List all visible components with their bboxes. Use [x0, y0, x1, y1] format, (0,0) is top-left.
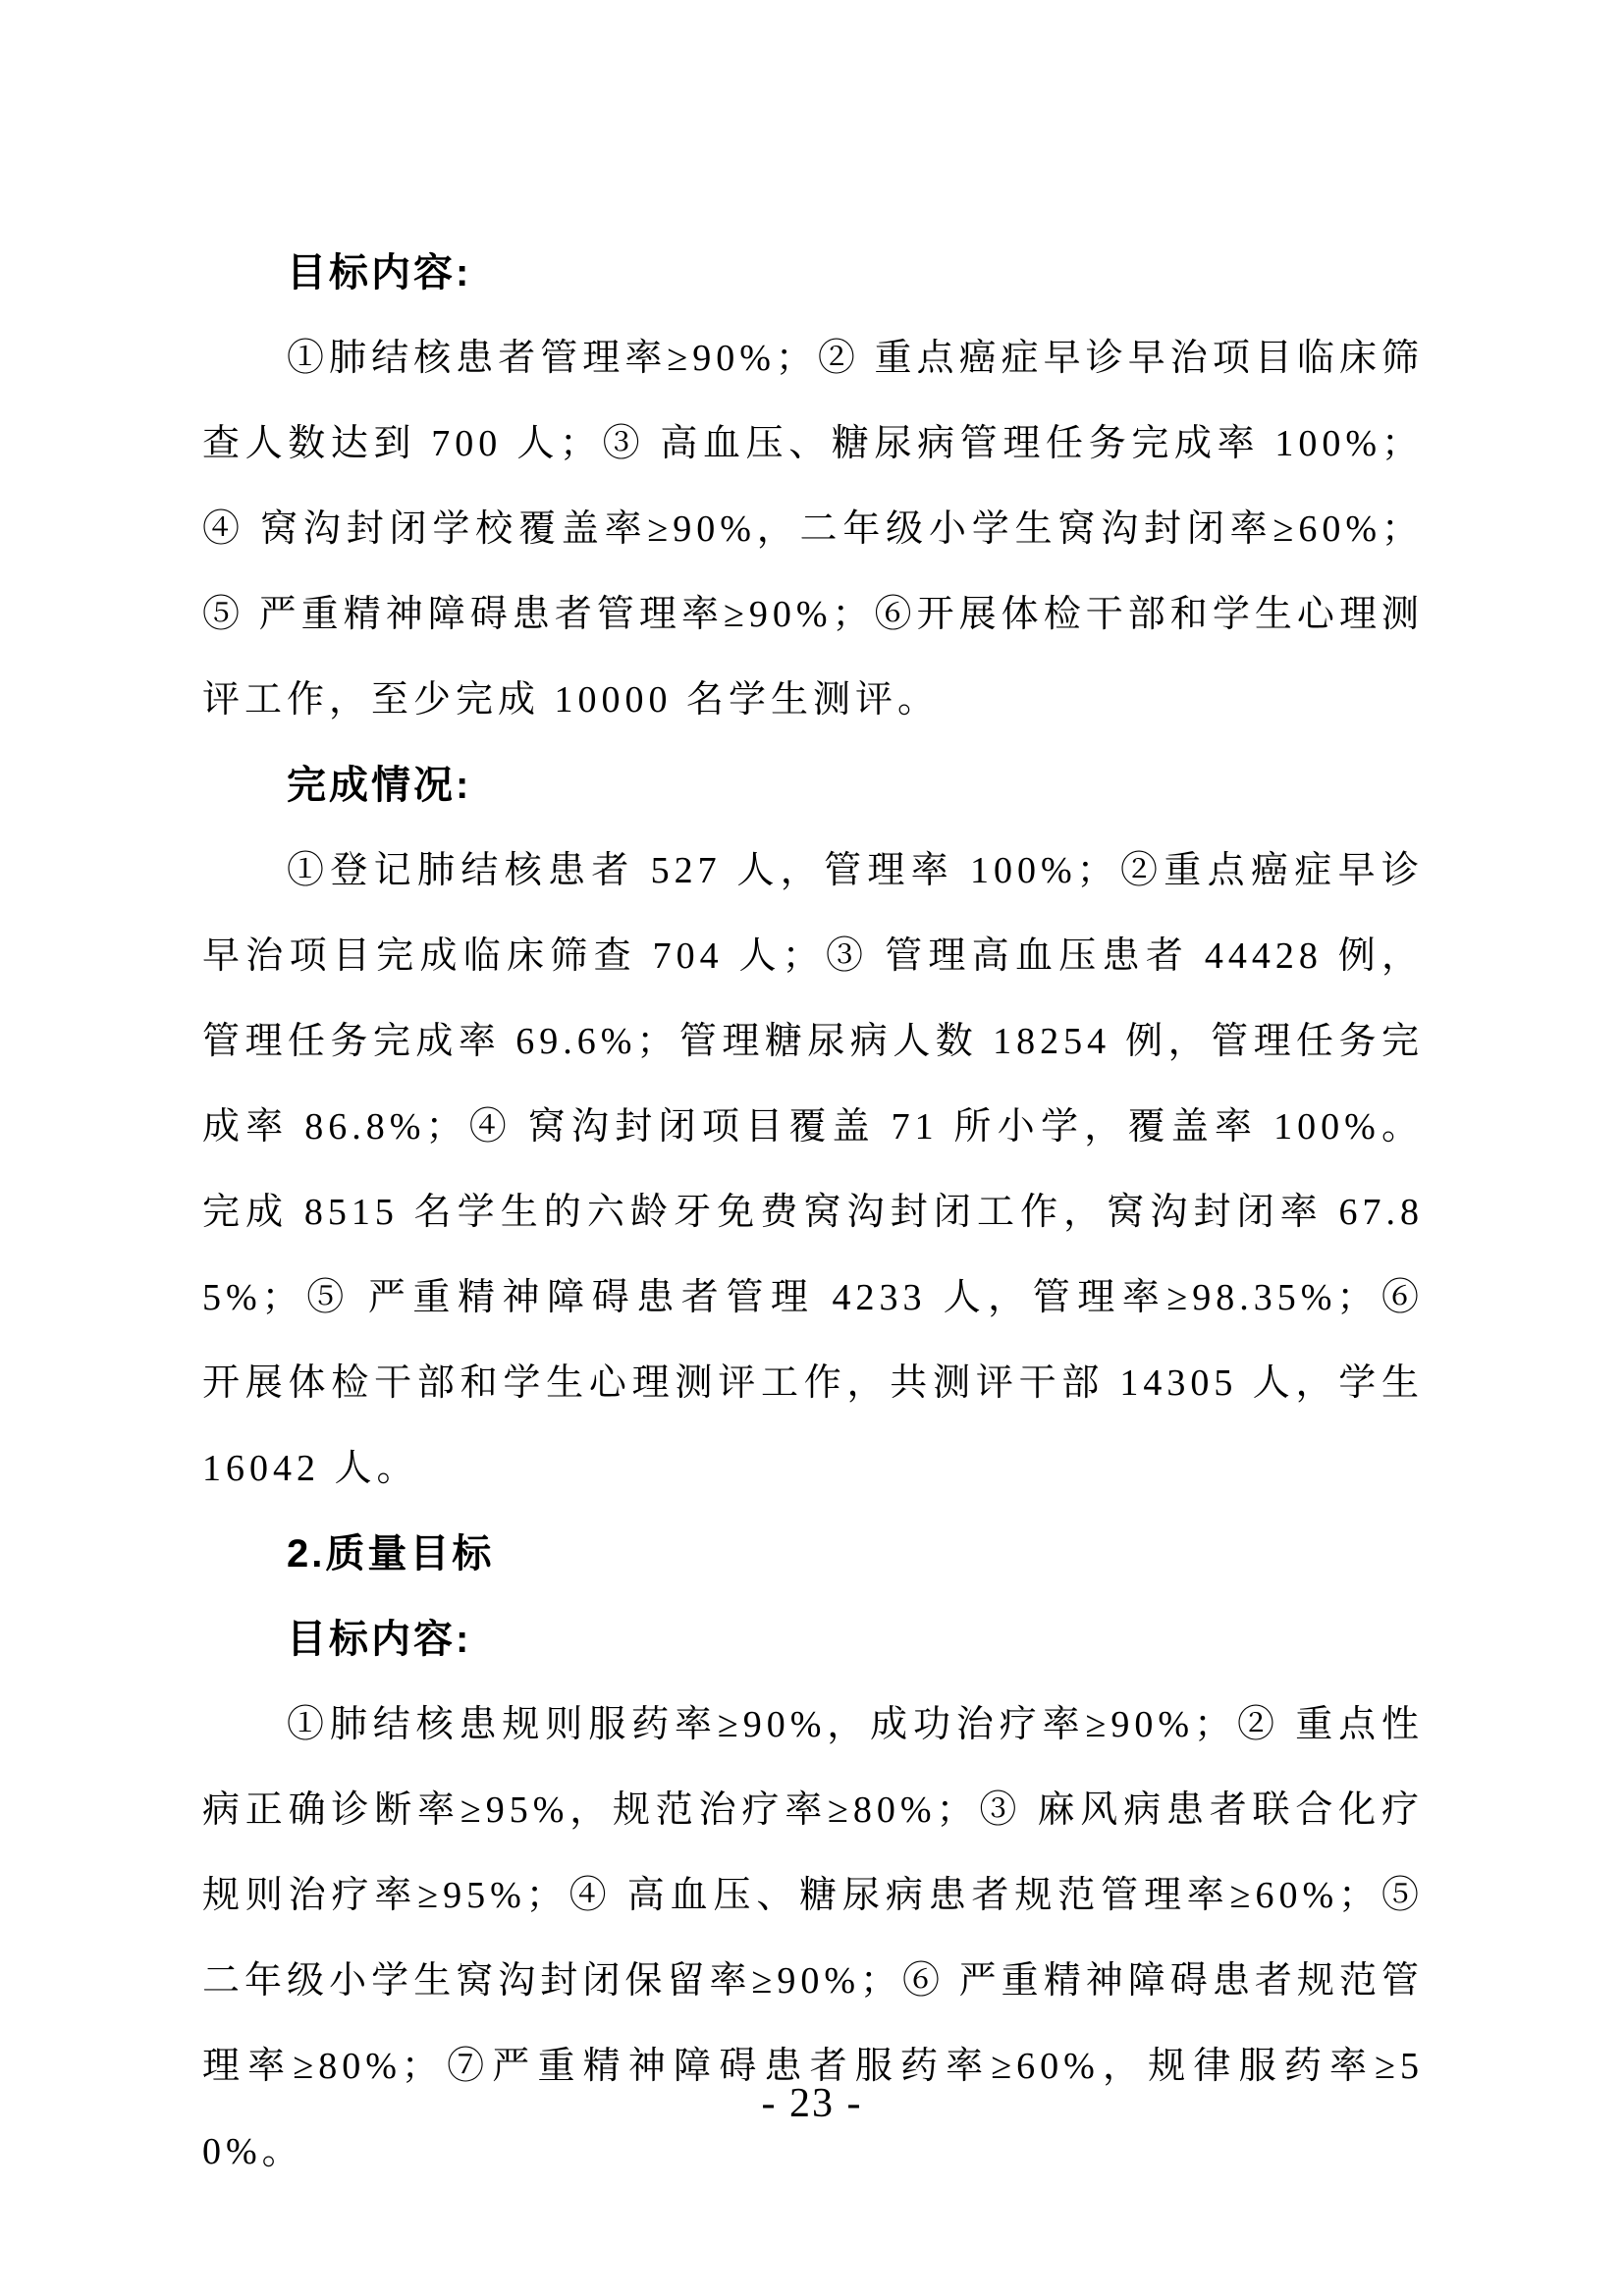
- section-heading-target-content: 目标内容:: [202, 231, 1424, 316]
- paragraph-completion-status: ①登记肺结核患者 527 人，管理率 100%；②重点癌症早诊早治项目完成临床筛…: [202, 828, 1424, 1512]
- paragraph-target-content: ①肺结核患者管理率≥90%；② 重点癌症早诊早治项目临床筛查人数达到 700 人…: [202, 316, 1424, 743]
- section-heading-quality-target: 2.质量目标: [202, 1512, 1424, 1597]
- section-heading-completion-status: 完成情况:: [202, 743, 1424, 828]
- section-heading-target-content-2: 目标内容:: [202, 1597, 1424, 1682]
- document-body: 目标内容: ①肺结核患者管理率≥90%；② 重点癌症早诊早治项目临床筛查人数达到…: [202, 231, 1424, 2195]
- page-number: - 23 -: [0, 2079, 1624, 2128]
- document-page: 目标内容: ①肺结核患者管理率≥90%；② 重点癌症早诊早治项目临床筛查人数达到…: [0, 0, 1624, 2296]
